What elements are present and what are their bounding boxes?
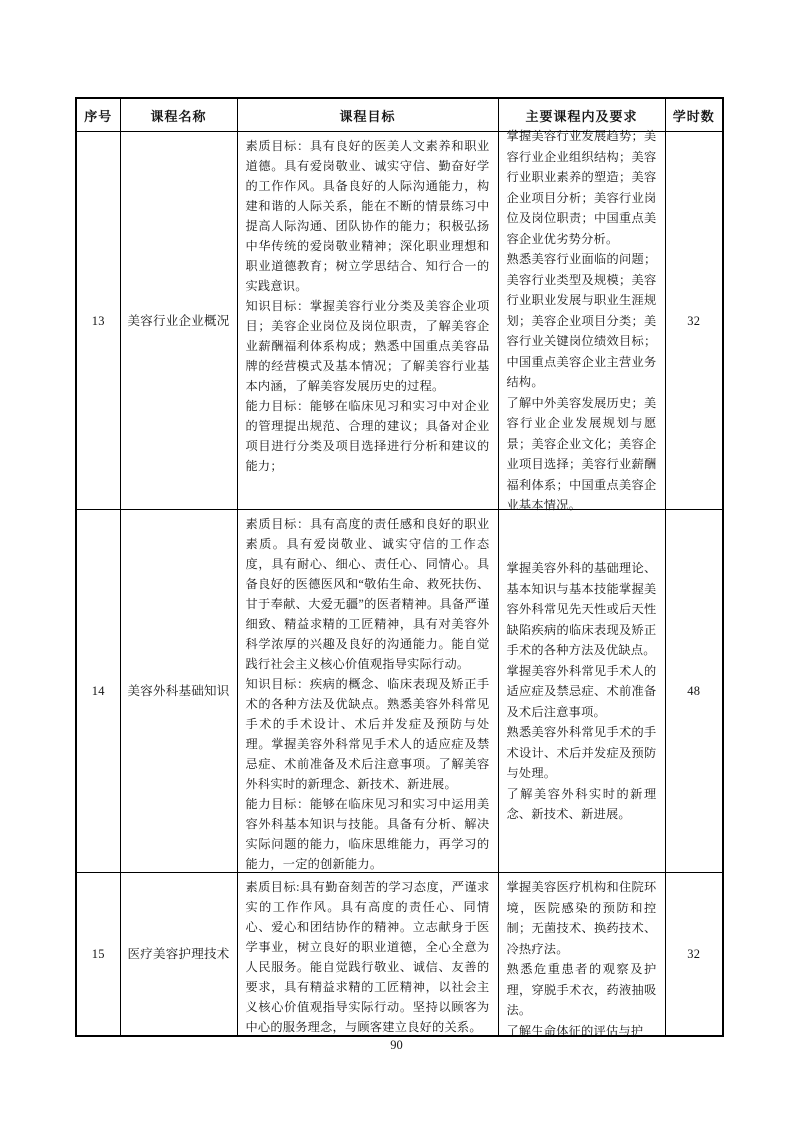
course-content: 掌握美容行业发展趋势；美容行业企业组织结构；美容行业职业素养的塑造；美容企业项目… (498, 132, 665, 510)
document-page: 序号 课程名称 课程目标 主要课程内及要求 学时数 13美容行业企业概况素质目标… (0, 0, 793, 1122)
content-paragraph: 掌握美容行业发展趋势；美容行业企业组织结构；美容行业职业素养的塑造；美容企业项目… (507, 126, 657, 249)
course-number: 13 (76, 132, 120, 510)
objective-paragraph: 知识目标：疾病的概念、临床表现及矫正手术的各种方法及优缺点。熟悉美容外科常见手术… (246, 674, 490, 794)
objective-paragraph: 能力目标：能够在临床见习和实习中运用美容外科基本知识与技能。具备有分析、解决实际… (246, 794, 490, 874)
course-number: 15 (76, 873, 120, 1037)
content-paragraph: 了解生命体征的评估与护 (507, 1021, 657, 1036)
table-row: 15医疗美容护理技术素质目标:具有勤奋刻苦的学习态度，严谨求实的工作作风。具有高… (76, 873, 723, 1037)
content-paragraph: 了解中外美容发展历史；美容行业企业发展规划与愿景；美容企业文化；美容企业项目选择… (507, 393, 657, 516)
course-content: 掌握美容外科的基础理论、基本知识与基本技能掌握美容外科常见先天性或后天性缺陷疾病… (498, 510, 665, 873)
course-objectives: 素质目标:具有勤奋刻苦的学习态度，严谨求实的工作作风。具有高度的责任心、同情心、… (237, 873, 498, 1037)
page-number: 90 (0, 1038, 793, 1053)
objective-paragraph: 素质目标：具有良好的医美人文素养和职业道德。具有爱岗敬业、诚实守信、勤奋好学的工… (246, 136, 490, 296)
course-hours: 32 (665, 132, 723, 510)
course-table: 序号 课程名称 课程目标 主要课程内及要求 学时数 13美容行业企业概况素质目标… (75, 97, 724, 1037)
objective-paragraph: 素质目标：具有高度的责任感和良好的职业素质。具有爱岗敬业、诚实守信的工作态度，具… (246, 514, 490, 674)
course-objectives: 素质目标：具有高度的责任感和良好的职业素质。具有爱岗敬业、诚实守信的工作态度，具… (237, 510, 498, 873)
course-hours: 48 (665, 510, 723, 873)
course-content: 掌握美容医疗机构和住院环境，医院感染的预防和控制；无菌技术、换药技术、冷热疗法。… (498, 873, 665, 1037)
course-name: 美容行业企业概况 (120, 132, 237, 510)
header-course-hours: 学时数 (665, 98, 723, 132)
header-course-objectives: 课程目标 (237, 98, 498, 132)
course-name: 美容外科基础知识 (120, 510, 237, 873)
content-paragraph: 掌握美容外科的基础理论、基本知识与基本技能掌握美容外科常见先天性或后天性缺陷疾病… (507, 558, 657, 661)
objective-paragraph: 素质目标:具有勤奋刻苦的学习态度，严谨求实的工作作风。具有高度的责任心、同情心、… (246, 877, 490, 1035)
content-paragraph: 掌握美容医疗机构和住院环境，医院感染的预防和控制；无菌技术、换药技术、冷热疗法。 (507, 877, 657, 959)
course-number: 14 (76, 510, 120, 873)
content-paragraph: 熟悉美容外科常见手术的手术设计、术后并发症及预防与处理。 (507, 722, 657, 784)
content-paragraph: 熟悉美容行业面临的问题；美容行业类型及规模；美容行业职业发展与职业生涯规划；美容… (507, 249, 657, 393)
table-row: 14美容外科基础知识素质目标：具有高度的责任感和良好的职业素质。具有爱岗敬业、诚… (76, 510, 723, 873)
content-paragraph: 掌握美容外科常见手术人的适应症及禁忌症、术前准备及术后注意事项。 (507, 661, 657, 723)
course-hours: 32 (665, 873, 723, 1037)
table-row: 13美容行业企业概况素质目标：具有良好的医美人文素养和职业道德。具有爱岗敬业、诚… (76, 132, 723, 510)
objective-paragraph: 能力目标：能够在临床见习和实习中对企业的管理提出规范、合理的建议；具备对企业项目… (246, 396, 490, 476)
header-course-number: 序号 (76, 98, 120, 132)
content-paragraph: 熟悉危重患者的观察及护理，穿脱手术衣，药液抽吸法。 (507, 959, 657, 1021)
objective-paragraph: 知识目标：掌握美容行业分类及美容企业项目；美容企业岗位及岗位职责，了解美容企业薪… (246, 296, 490, 396)
header-course-name: 课程名称 (120, 98, 237, 132)
course-name: 医疗美容护理技术 (120, 873, 237, 1037)
course-objectives: 素质目标：具有良好的医美人文素养和职业道德。具有爱岗敬业、诚实守信、勤奋好学的工… (237, 132, 498, 510)
course-table-body: 13美容行业企业概况素质目标：具有良好的医美人文素养和职业道德。具有爱岗敬业、诚… (76, 132, 723, 1037)
content-paragraph: 了解美容外科实时的新理念、新技术、新进展。 (507, 784, 657, 825)
